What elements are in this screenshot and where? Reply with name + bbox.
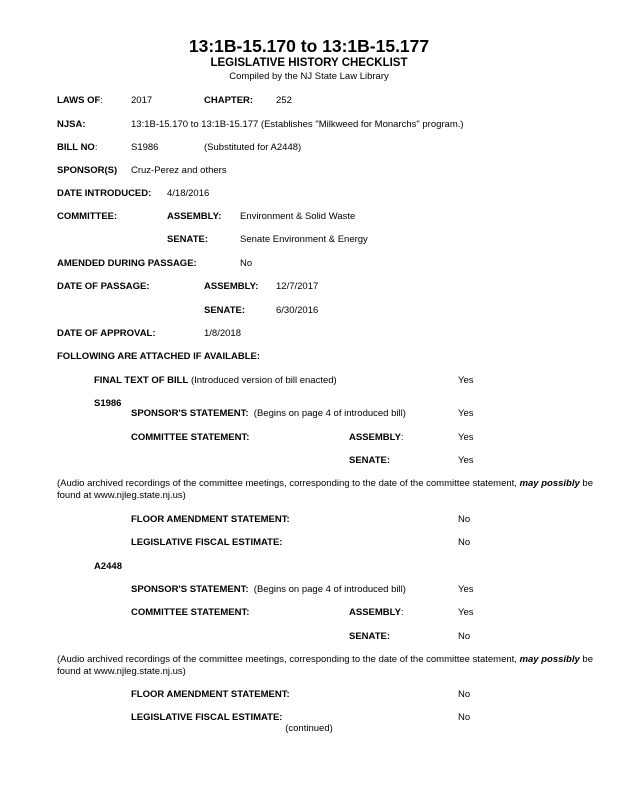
- date-introduced-label: DATE INTRODUCED:: [57, 188, 151, 199]
- passage-assembly-value: 12/7/2017: [276, 281, 318, 292]
- audio-note-1: (Audio archived recordings of the commit…: [57, 478, 607, 502]
- s1986-committee-label: COMMITTEE STATEMENT:: [131, 432, 249, 443]
- a2448-assembly-label: ASSEMBLY:: [349, 607, 404, 618]
- s1986-floor-label: FLOOR AMENDMENT STATEMENT:: [131, 514, 290, 525]
- a2448-assembly-value: Yes: [458, 607, 474, 618]
- page-title: 13:1B-15.170 to 13:1B-15.177: [0, 36, 618, 57]
- sponsor-value: Cruz-Perez and others: [131, 165, 227, 176]
- s1986-senate-label: SENATE:: [349, 455, 390, 466]
- s1986-senate-value: Yes: [458, 455, 474, 466]
- final-text-value: Yes: [458, 375, 474, 386]
- laws-of-value: 2017: [131, 95, 152, 106]
- bill-id-a2448: A2448: [94, 561, 122, 572]
- passage-senate-label: SENATE:: [204, 305, 245, 316]
- date-introduced-value: 4/18/2016: [167, 188, 209, 199]
- a2448-fiscal-label: LEGISLATIVE FISCAL ESTIMATE:: [131, 712, 282, 723]
- amended-label: AMENDED DURING PASSAGE:: [57, 258, 197, 269]
- committee-senate-label: SENATE:: [167, 234, 208, 245]
- continued-note: (continued): [0, 723, 618, 734]
- s1986-assembly-value: Yes: [458, 432, 474, 443]
- passage-assembly-label: ASSEMBLY:: [204, 281, 258, 292]
- final-text-label: FINAL TEXT OF BILL (Introduced version o…: [94, 375, 337, 386]
- committee-assembly-label: ASSEMBLY:: [167, 211, 221, 222]
- s1986-fiscal-label: LEGISLATIVE FISCAL ESTIMATE:: [131, 537, 282, 548]
- committee-label: COMMITTEE:: [57, 211, 117, 222]
- audio-note-2: (Audio archived recordings of the commit…: [57, 654, 607, 678]
- laws-of-label: LAWS OF:: [57, 95, 103, 106]
- s1986-floor-value: No: [458, 514, 470, 525]
- bill-no-note: (Substituted for A2448): [204, 142, 301, 153]
- s1986-assembly-label: ASSEMBLY:: [349, 432, 404, 443]
- chapter-label: CHAPTER:: [204, 95, 253, 106]
- chapter-value: 252: [276, 95, 292, 106]
- passage-senate-value: 6/30/2016: [276, 305, 318, 316]
- page-subtitle: LEGISLATIVE HISTORY CHECKLIST: [0, 57, 618, 69]
- bill-id-s1986: S1986: [94, 398, 121, 409]
- bill-no-label: BILL NO:: [57, 142, 97, 153]
- a2448-fiscal-value: No: [458, 712, 470, 723]
- approval-label: DATE OF APPROVAL:: [57, 328, 156, 339]
- a2448-senate-label: SENATE:: [349, 631, 390, 642]
- njsa-value: 13:1B-15.170 to 13:1B-15.177 (Establishe…: [131, 119, 464, 130]
- a2448-sponsor-value: Yes: [458, 584, 474, 595]
- a2448-senate-value: No: [458, 631, 470, 642]
- s1986-fiscal-value: No: [458, 537, 470, 548]
- attached-heading: FOLLOWING ARE ATTACHED IF AVAILABLE:: [57, 351, 260, 362]
- committee-assembly-value: Environment & Solid Waste: [240, 211, 355, 222]
- approval-value: 1/8/2018: [204, 328, 241, 339]
- compiled-by: Compiled by the NJ State Law Library: [0, 71, 618, 82]
- a2448-sponsor-statement: SPONSOR'S STATEMENT: (Begins on page 4 o…: [131, 584, 406, 595]
- s1986-sponsor-statement: SPONSOR'S STATEMENT: (Begins on page 4 o…: [131, 408, 406, 419]
- committee-senate-value: Senate Environment & Energy: [240, 234, 368, 245]
- a2448-committee-label: COMMITTEE STATEMENT:: [131, 607, 249, 618]
- sponsor-label: SPONSOR(S): [57, 165, 117, 176]
- njsa-label: NJSA:: [57, 119, 86, 130]
- s1986-sponsor-value: Yes: [458, 408, 474, 419]
- amended-value: No: [240, 258, 252, 269]
- a2448-floor-value: No: [458, 689, 470, 700]
- bill-no-value: S1986: [131, 142, 158, 153]
- a2448-floor-label: FLOOR AMENDMENT STATEMENT:: [131, 689, 290, 700]
- passage-label: DATE OF PASSAGE:: [57, 281, 150, 292]
